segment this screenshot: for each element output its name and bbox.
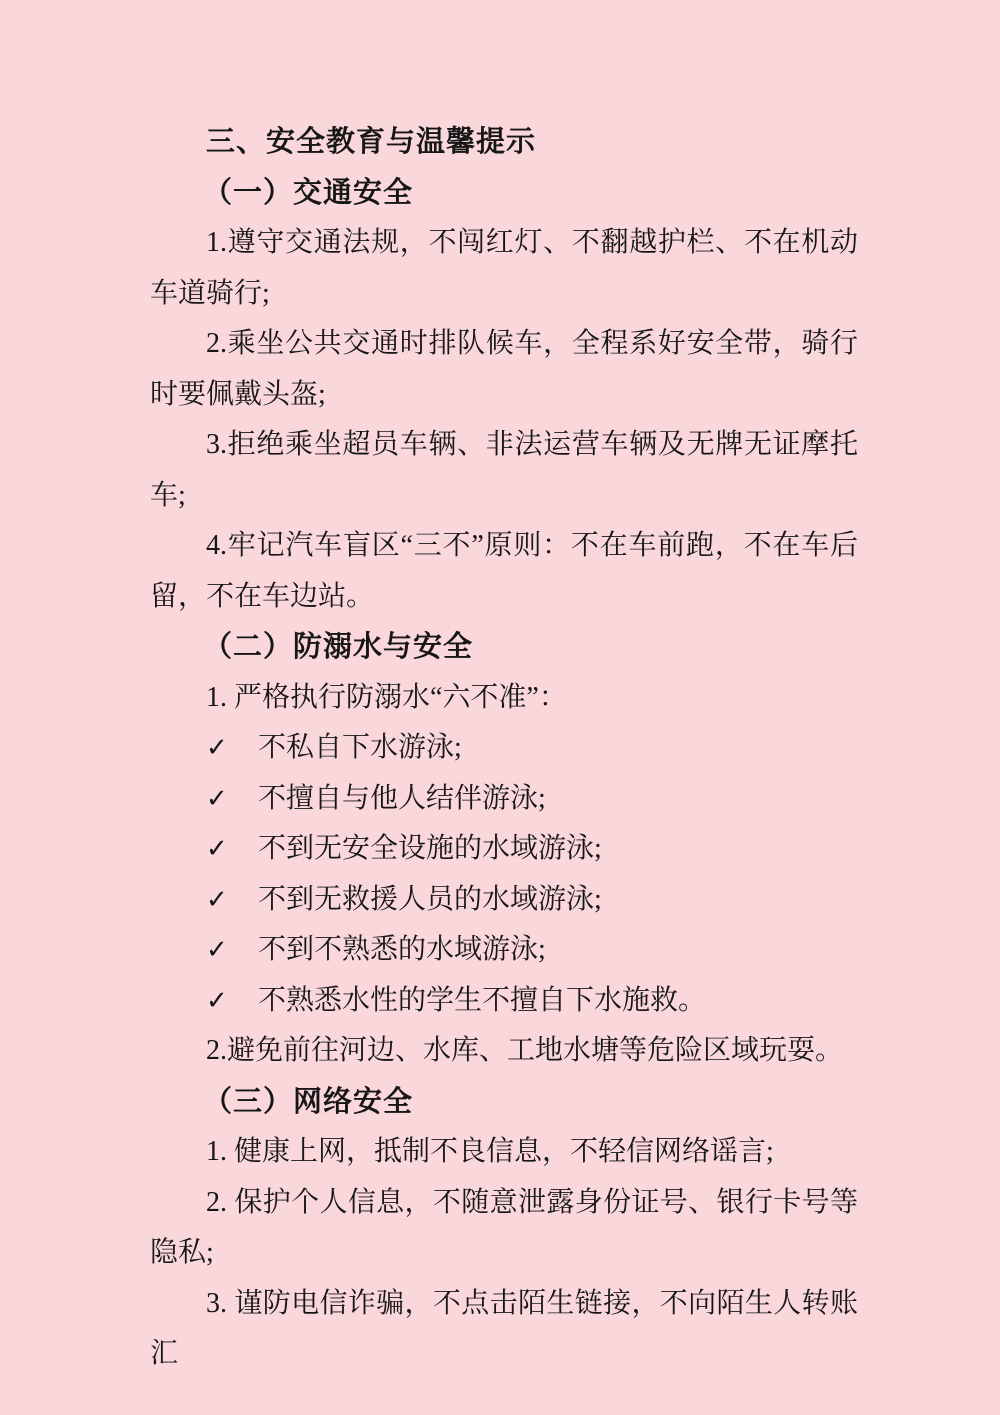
section-heading: （一）交通安全 <box>150 168 858 219</box>
sections-container: （一）交通安全1.遵守交通法规，不闯红灯、不翻越护栏、不在机动车道骑行;2.乘坐… <box>150 168 858 1380</box>
check-list-item: ✓不到不熟悉的水域游泳; <box>150 925 858 976</box>
paragraph: 3.拒绝乘坐超员车辆、非法运营车辆及无牌无证摩托车; <box>150 420 858 521</box>
paragraph: 1. 严格执行防溺水“六不准”： <box>150 673 858 724</box>
check-list-item: ✓不到无救援人员的水域游泳; <box>150 875 858 926</box>
check-item-text: 不熟悉水性的学生不擅自下水施救。 <box>258 985 706 1016</box>
section: （三）网络安全1. 健康上网，抵制不良信息，不轻信网络谣言;2. 保护个人信息，… <box>150 1077 858 1380</box>
checkmark-icon: ✓ <box>206 723 258 774</box>
checkmark-icon: ✓ <box>206 774 258 825</box>
check-list-item: ✓不私自下水游泳; <box>150 723 858 774</box>
checkmark-icon: ✓ <box>206 925 258 976</box>
paragraph: 3. 谨防电信诈骗，不点击陌生链接，不向陌生人转账汇 <box>150 1279 858 1380</box>
check-item-text: 不到无安全设施的水域游泳; <box>258 833 602 864</box>
checkmark-icon: ✓ <box>206 824 258 875</box>
check-item-text: 不擅自与他人结伴游泳; <box>258 783 546 814</box>
paragraph: 1. 健康上网，抵制不良信息，不轻信网络谣言; <box>150 1127 858 1178</box>
checkmark-icon: ✓ <box>206 976 258 1027</box>
check-list-item: ✓不擅自与他人结伴游泳; <box>150 774 858 825</box>
check-list-item: ✓不到无安全设施的水域游泳; <box>150 824 858 875</box>
checkmark-icon: ✓ <box>206 875 258 926</box>
paragraph: 1.遵守交通法规，不闯红灯、不翻越护栏、不在机动车道骑行; <box>150 218 858 319</box>
check-list-item: ✓不熟悉水性的学生不擅自下水施救。 <box>150 976 858 1027</box>
section-heading: （三）网络安全 <box>150 1077 858 1128</box>
document-page: 三、安全教育与温馨提示 （一）交通安全1.遵守交通法规，不闯红灯、不翻越护栏、不… <box>0 0 1000 1415</box>
paragraph: 2. 保护个人信息，不随意泄露身份证号、银行卡号等隐私; <box>150 1178 858 1279</box>
document-content: 三、安全教育与温馨提示 （一）交通安全1.遵守交通法规，不闯红灯、不翻越护栏、不… <box>150 117 858 1380</box>
check-item-text: 不到无救援人员的水域游泳; <box>258 884 602 915</box>
section-heading: （二）防溺水与安全 <box>150 622 858 673</box>
check-item-text: 不私自下水游泳; <box>258 732 462 763</box>
document-title: 三、安全教育与温馨提示 <box>150 117 858 168</box>
section: （二）防溺水与安全1. 严格执行防溺水“六不准”：✓不私自下水游泳;✓不擅自与他… <box>150 622 858 1077</box>
paragraph: 4.牢记汽车盲区“三不”原则：不在车前跑，不在车后留，不在车边站。 <box>150 521 858 622</box>
section: （一）交通安全1.遵守交通法规，不闯红灯、不翻越护栏、不在机动车道骑行;2.乘坐… <box>150 168 858 623</box>
paragraph: 2.避免前往河边、水库、工地水塘等危险区域玩耍。 <box>150 1026 858 1077</box>
paragraph: 2.乘坐公共交通时排队候车，全程系好安全带，骑行时要佩戴头盔; <box>150 319 858 420</box>
check-item-text: 不到不熟悉的水域游泳; <box>258 934 546 965</box>
